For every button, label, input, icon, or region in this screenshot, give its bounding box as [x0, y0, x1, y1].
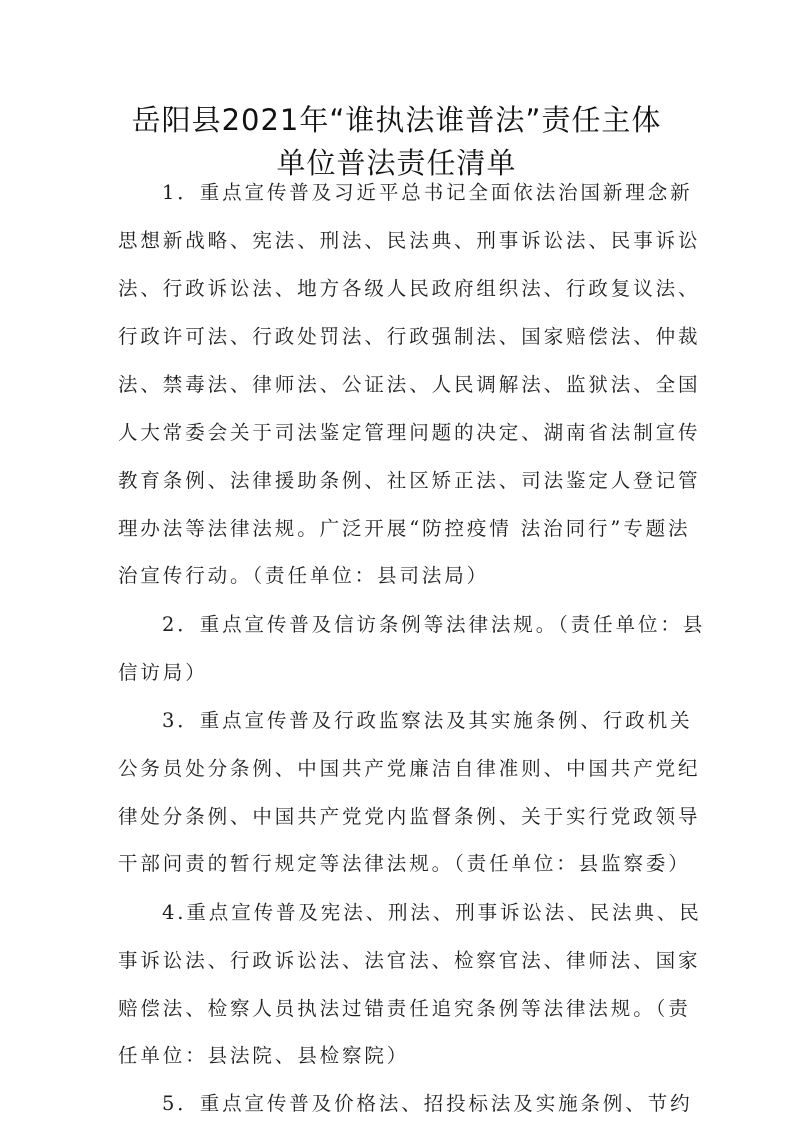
body-text-line: 思想新战略、宪法、刑法、民法典、刑事诉讼法、民事诉讼: [118, 227, 700, 255]
document-page: 岳阳县2021年“谁执法谁普法”责任主体 单位普法责任清单 1．重点宣传普及习近…: [0, 0, 793, 1122]
body-text-line: 律处分条例、中国共产党党内监督条例、关于实行党政领导: [118, 803, 700, 831]
body-text-line: 赔偿法、检察人员执法过错责任追究条例等法律法规。（责: [118, 995, 691, 1023]
body-text-line: 1．重点宣传普及习近平总书记全面依法治国新理念新: [162, 179, 693, 207]
body-text-line: 理办法等法律法规。广泛开展“防控疫情 法治同行”专题法: [118, 515, 690, 543]
body-text-line: 3．重点宣传普及行政监察法及其实施条例、行政机关: [162, 707, 693, 735]
body-text-line: 任单位：县法院、县检察院）: [118, 1042, 409, 1070]
body-text-line: 5．重点宣传普及价格法、招投标法及实施条例、节约: [162, 1090, 693, 1118]
body-text-line: 法、行政诉讼法、地方各级人民政府组织法、行政复议法、: [118, 275, 700, 303]
body-text-line: 事诉讼法、行政诉讼法、法官法、检察官法、律师法、国家: [118, 947, 700, 975]
body-text-line: 法、禁毒法、律师法、公证法、人民调解法、监狱法、全国: [118, 371, 700, 399]
body-text-line: 信访局）: [118, 659, 208, 687]
body-text-line: 公务员处分条例、中国共产党廉洁自律准则、中国共产党纪: [118, 755, 700, 783]
body-text-line: 人大常委会关于司法鉴定管理问题的决定、湖南省法制宣传: [118, 419, 700, 447]
body-text-line: 4.重点宣传普及宪法、刑法、刑事诉讼法、民法典、民: [162, 899, 702, 927]
document-title-line-2: 单位普法责任清单: [0, 143, 793, 183]
document-title-line-1: 岳阳县2021年“谁执法谁普法”责任主体: [0, 100, 793, 140]
body-text-line: 2．重点宣传普及信访条例等法律法规。（责任单位：县: [162, 611, 705, 639]
body-text-line: 教育条例、法律援助条例、社区矫正法、司法鉴定人登记管: [118, 467, 700, 495]
body-text-line: 干部问责的暂行规定等法律法规。（责任单位：县监察委）: [118, 850, 691, 878]
body-text-line: 行政许可法、行政处罚法、行政强制法、国家赔偿法、仲裁: [118, 323, 700, 351]
body-text-line: 治宣传行动。（责任单位：县司法局）: [118, 562, 489, 590]
